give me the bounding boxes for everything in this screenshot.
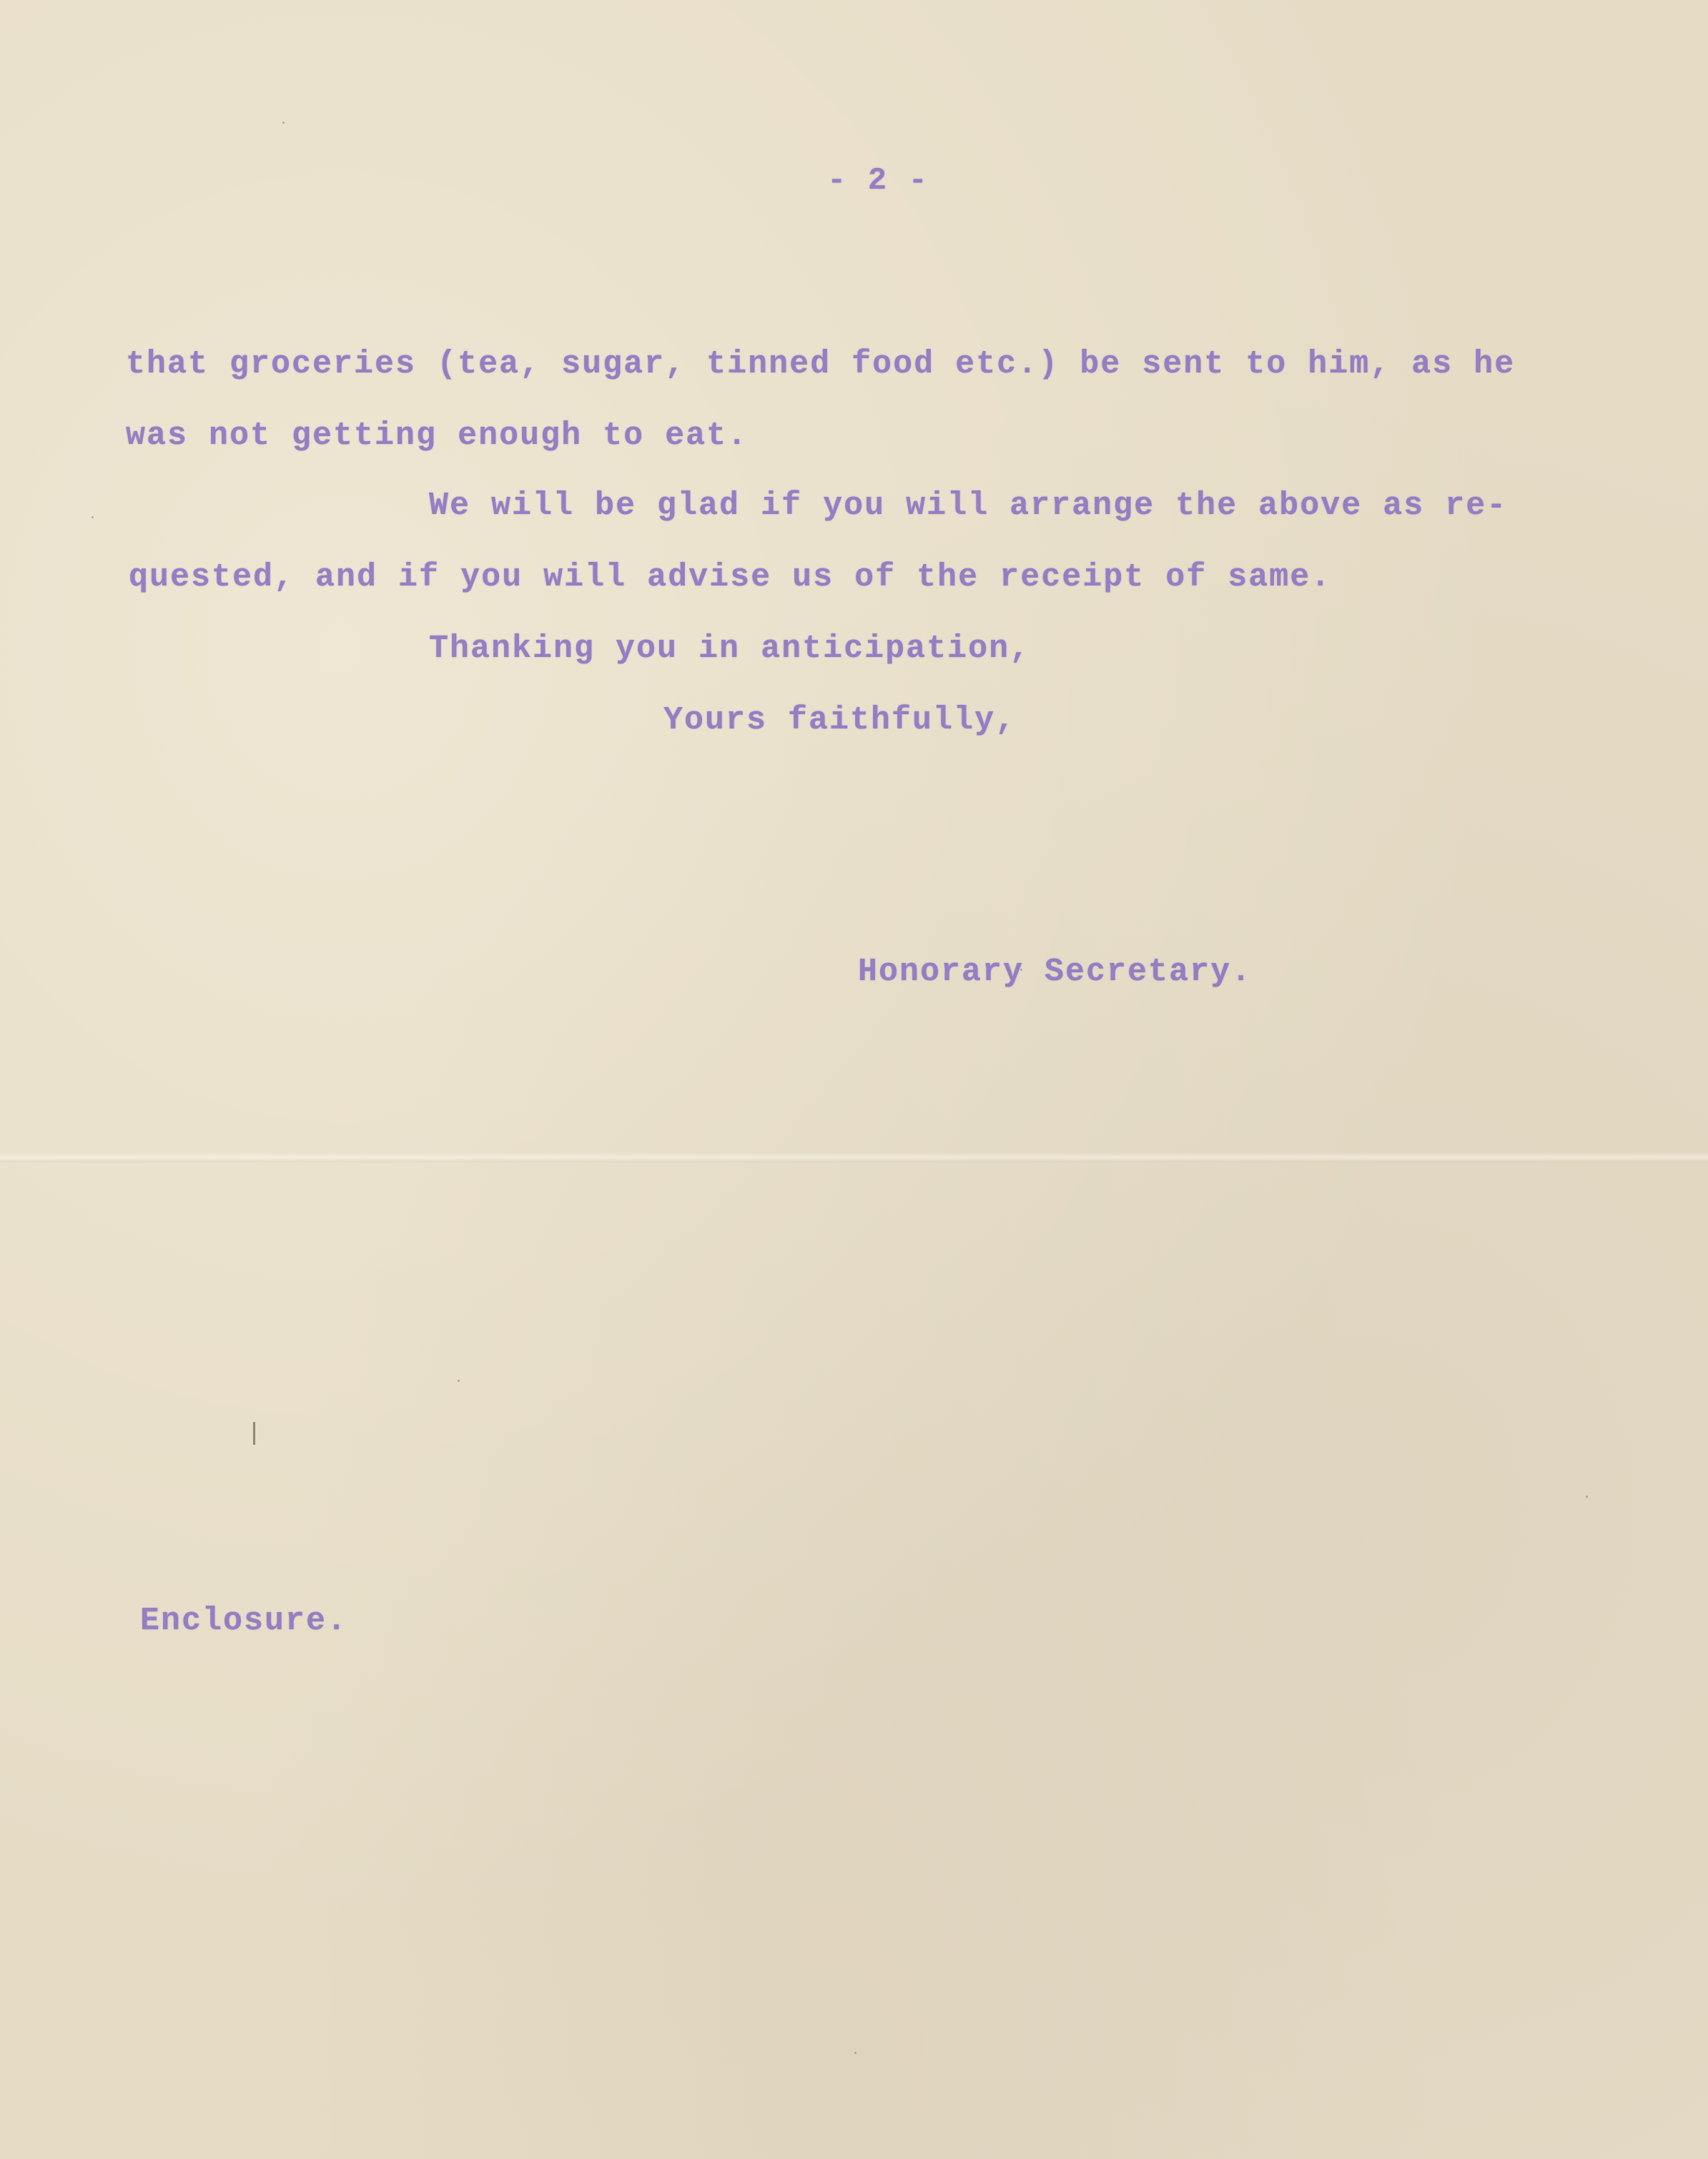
- stray-pencil-mark: [253, 1422, 255, 1445]
- closing-thanks: Thanking you in anticipation,: [429, 631, 1030, 667]
- page-number: - 2 -: [827, 163, 929, 199]
- body-line-not-enough-to-eat: was not getting enough to eat.: [126, 418, 748, 454]
- paper-fold-line: [0, 1152, 1708, 1162]
- paper-speck: [282, 122, 285, 124]
- closing-valediction: Yours faithfully,: [663, 702, 1016, 738]
- signature-title: Honorary Secretary.: [858, 954, 1252, 990]
- enclosure-note: Enclosure.: [140, 1603, 347, 1639]
- paper-speck: [854, 2052, 857, 2054]
- paper-speck: [1586, 1496, 1588, 1498]
- paper-speck: [458, 1380, 460, 1382]
- paper-speck: [92, 516, 94, 518]
- body-line-advise-receipt: quested, and if you will advise us of th…: [129, 559, 1331, 596]
- paper-speck: [1020, 969, 1022, 971]
- body-line-arrange-request: We will be glad if you will arrange the …: [429, 488, 1507, 524]
- body-line-groceries: that groceries (tea, sugar, tinned food …: [126, 346, 1515, 382]
